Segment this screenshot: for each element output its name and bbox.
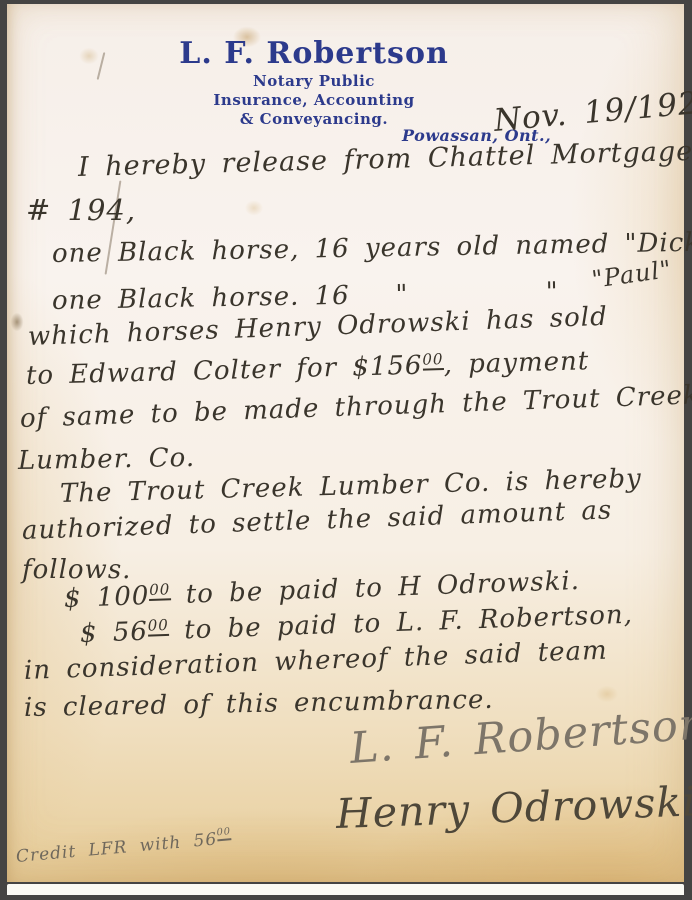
cents-superscript: 00: [216, 827, 232, 841]
signature-owner: Henry Odrowski: [335, 781, 692, 835]
body-line: follows.: [22, 557, 131, 583]
scan-bottom-strip: [7, 884, 684, 895]
scanned-document-page: L. F. Robertson Notary Public Insurance,…: [0, 0, 692, 900]
body-line-text: , payment: [443, 346, 589, 380]
cents-superscript: 00: [422, 352, 444, 371]
mortgage-number: # 194,: [26, 196, 136, 225]
cents-superscript: 00: [147, 618, 169, 637]
body-line: Lumber. Co.: [18, 445, 196, 474]
letterhead-name: L. F. Robertson: [0, 36, 660, 71]
body-line-text: $ 56: [79, 617, 148, 649]
body-line-text: $ 100: [63, 581, 149, 614]
letterhead-title: Notary Public: [0, 73, 660, 90]
cents-superscript: 00: [149, 582, 171, 601]
body-line: is cleared of this encumbrance.: [24, 687, 494, 721]
